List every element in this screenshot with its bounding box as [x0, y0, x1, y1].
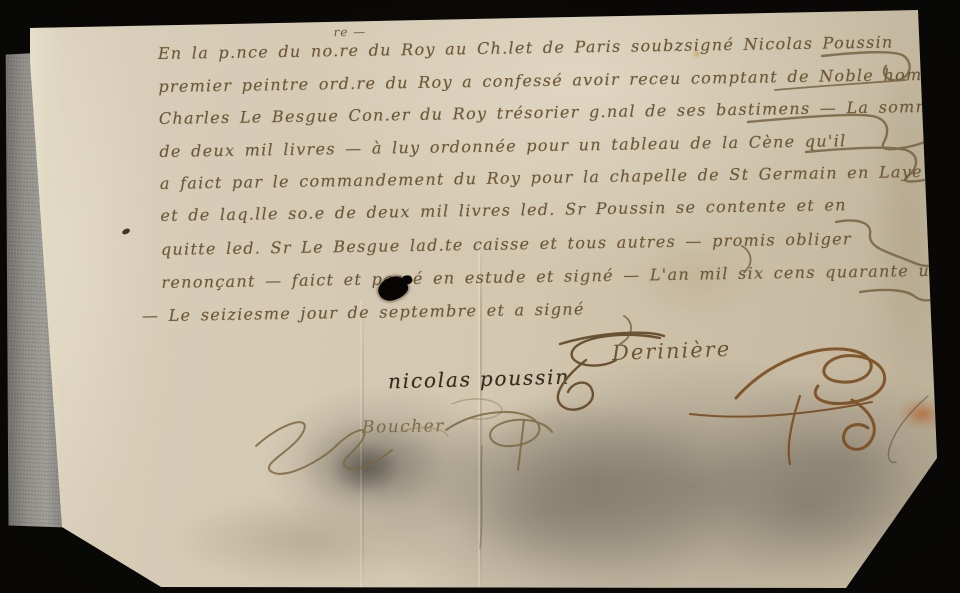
- manuscript-line: En la p.nce du no.re du Roy au Ch.let de…: [158, 34, 894, 62]
- manuscript-line: quitte led. Sr Le Besgue lad.te caisse e…: [161, 231, 852, 258]
- manuscript-line: premier peintre ord.re du Roy a confessé…: [158, 67, 950, 95]
- manuscript-line: a faict par le commandement du Roy pour …: [160, 164, 923, 192]
- manuscript-line: et de laq.lle so.e de deux mil livres le…: [160, 197, 847, 224]
- abbreviation-mark: re —: [333, 25, 366, 40]
- manuscript-line: renonçant — faict et passé en estude et …: [161, 263, 953, 291]
- manuscript-line: — Le seiziesme jour de septembre et a si…: [142, 301, 585, 324]
- manuscript-line: Charles Le Besgue Con.er du Roy trésorie…: [159, 99, 943, 127]
- manuscript-line: de deux mil livres — à luy ordonnée pour…: [159, 133, 846, 160]
- signature-notary-bottom: Boucher: [362, 416, 445, 437]
- photograph-backdrop: re — En la p.nce du no.re du Roy au Ch.l…: [0, 0, 960, 593]
- signature-poussin: nicolas poussin: [388, 365, 571, 394]
- manuscript-text: re — En la p.nce du no.re du Roy au Ch.l…: [0, 0, 960, 593]
- parchment-document: re — En la p.nce du no.re du Roy au Ch.l…: [0, 0, 960, 593]
- signature-notary-right: Derinière: [612, 337, 732, 365]
